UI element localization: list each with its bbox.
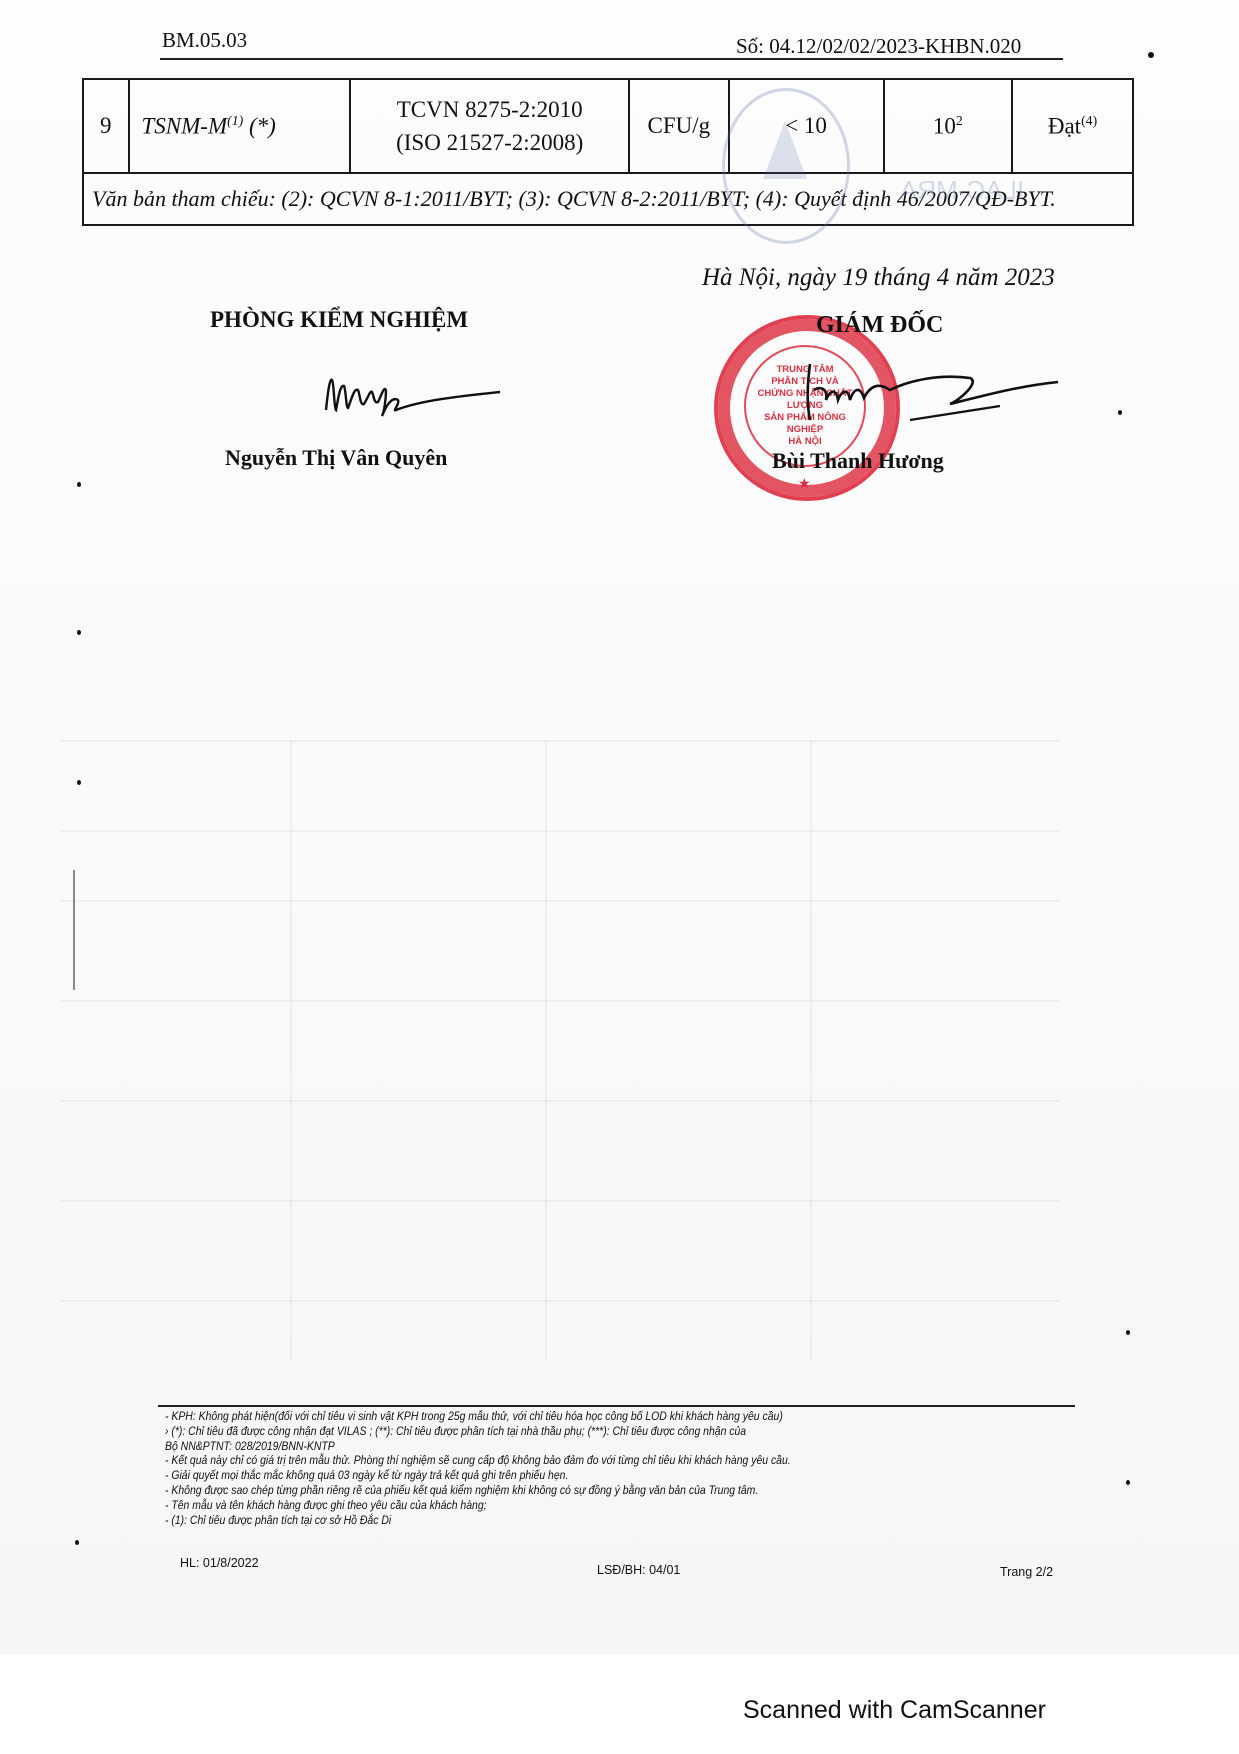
- signature-lab-icon: [322, 370, 502, 420]
- show-through-line: [60, 1100, 1060, 1102]
- page-number: Trang 2/2: [1000, 1565, 1053, 1579]
- scan-speck: [75, 1540, 79, 1545]
- footer-note: › (*): Chỉ tiêu đã được công nhận đạt VI…: [165, 1425, 993, 1440]
- show-through-line: [60, 1200, 1060, 1202]
- footer-rule: [158, 1405, 1075, 1407]
- star-icon: ★: [798, 475, 811, 492]
- scan-speck: [1126, 1480, 1130, 1485]
- camscanner-watermark: Scanned with CamScanner: [743, 1696, 1046, 1725]
- footer-note: - Không được sao chép từng phần riêng rẽ…: [165, 1484, 993, 1499]
- scan-speck: [1126, 1330, 1130, 1335]
- scanned-page: BM.05.03 Số: 04.12/02/02/2023-KHBN.020 9…: [0, 0, 1239, 1655]
- ilac-mra-mark: ILAC-MRA: [900, 175, 1024, 206]
- evaluation: Đạt(4): [1012, 79, 1133, 173]
- scan-speck: [77, 630, 81, 635]
- table-row: 9 TSNM-M(1) (*) TCVN 8275-2:2010(ISO 215…: [83, 79, 1133, 173]
- show-through-line: [60, 900, 1060, 902]
- show-through-line: [60, 1300, 1060, 1302]
- indicator-name: TSNM-M(1) (*): [129, 79, 351, 173]
- show-through-line: [810, 740, 812, 1360]
- footer-note: - Giải quyết mọi thắc mắc không quá 03 n…: [165, 1469, 993, 1484]
- row-number: 9: [83, 79, 129, 173]
- footer-note: - Tên mẫu và tên khách hàng được ghi the…: [165, 1499, 993, 1514]
- form-code: BM.05.03: [162, 28, 247, 53]
- show-through-line: [60, 830, 1060, 832]
- document-code: LSĐ/BH: 04/01: [597, 1563, 680, 1577]
- lab-department-title: PHÒNG KIỂM NGHIỆM: [210, 307, 468, 333]
- show-through-line: [545, 740, 547, 1360]
- scan-speck: [77, 482, 81, 487]
- vilas-stamp-icon: [722, 88, 850, 244]
- scan-speck: [77, 780, 81, 785]
- test-method: TCVN 8275-2:2010(ISO 21527-2:2008): [350, 79, 629, 173]
- show-through-line: [290, 740, 292, 1360]
- lab-signer-name: Nguyễn Thị Vân Quyên: [225, 445, 447, 471]
- footer-note: - Kết quả này chỉ có giá trị trên mẫu th…: [165, 1454, 993, 1469]
- scan-edge-mark: [73, 870, 75, 990]
- footer-note: - (1): Chỉ tiêu được phân tích tại cơ sở…: [165, 1514, 993, 1529]
- report-number: Số: 04.12/02/02/2023-KHBN.020: [736, 34, 1021, 59]
- director-title: GIÁM ĐỐC: [816, 312, 943, 339]
- scan-speck: [1148, 52, 1154, 58]
- issue-date: Hà Nội, ngày 19 tháng 4 năm 2023: [702, 264, 1055, 292]
- show-through-line: [60, 1000, 1060, 1002]
- scan-speck: [1118, 410, 1122, 415]
- limit-value: 102: [884, 79, 1013, 173]
- director-name: Bùi Thanh Hương: [772, 448, 944, 474]
- unit: CFU/g: [629, 79, 728, 173]
- effective-date: HL: 01/8/2022: [180, 1556, 259, 1570]
- footer-notes: - KPH: Không phát hiện(đối với chỉ tiêu …: [165, 1410, 993, 1528]
- header-rule: [160, 58, 1063, 60]
- signature-director-icon: [800, 360, 1060, 430]
- show-through-line: [60, 740, 1060, 742]
- footer-note: - KPH: Không phát hiện(đối với chỉ tiêu …: [165, 1410, 993, 1425]
- footer-note: Bộ NN&PTNT: 028/2019/BNN-KNTP: [165, 1440, 993, 1455]
